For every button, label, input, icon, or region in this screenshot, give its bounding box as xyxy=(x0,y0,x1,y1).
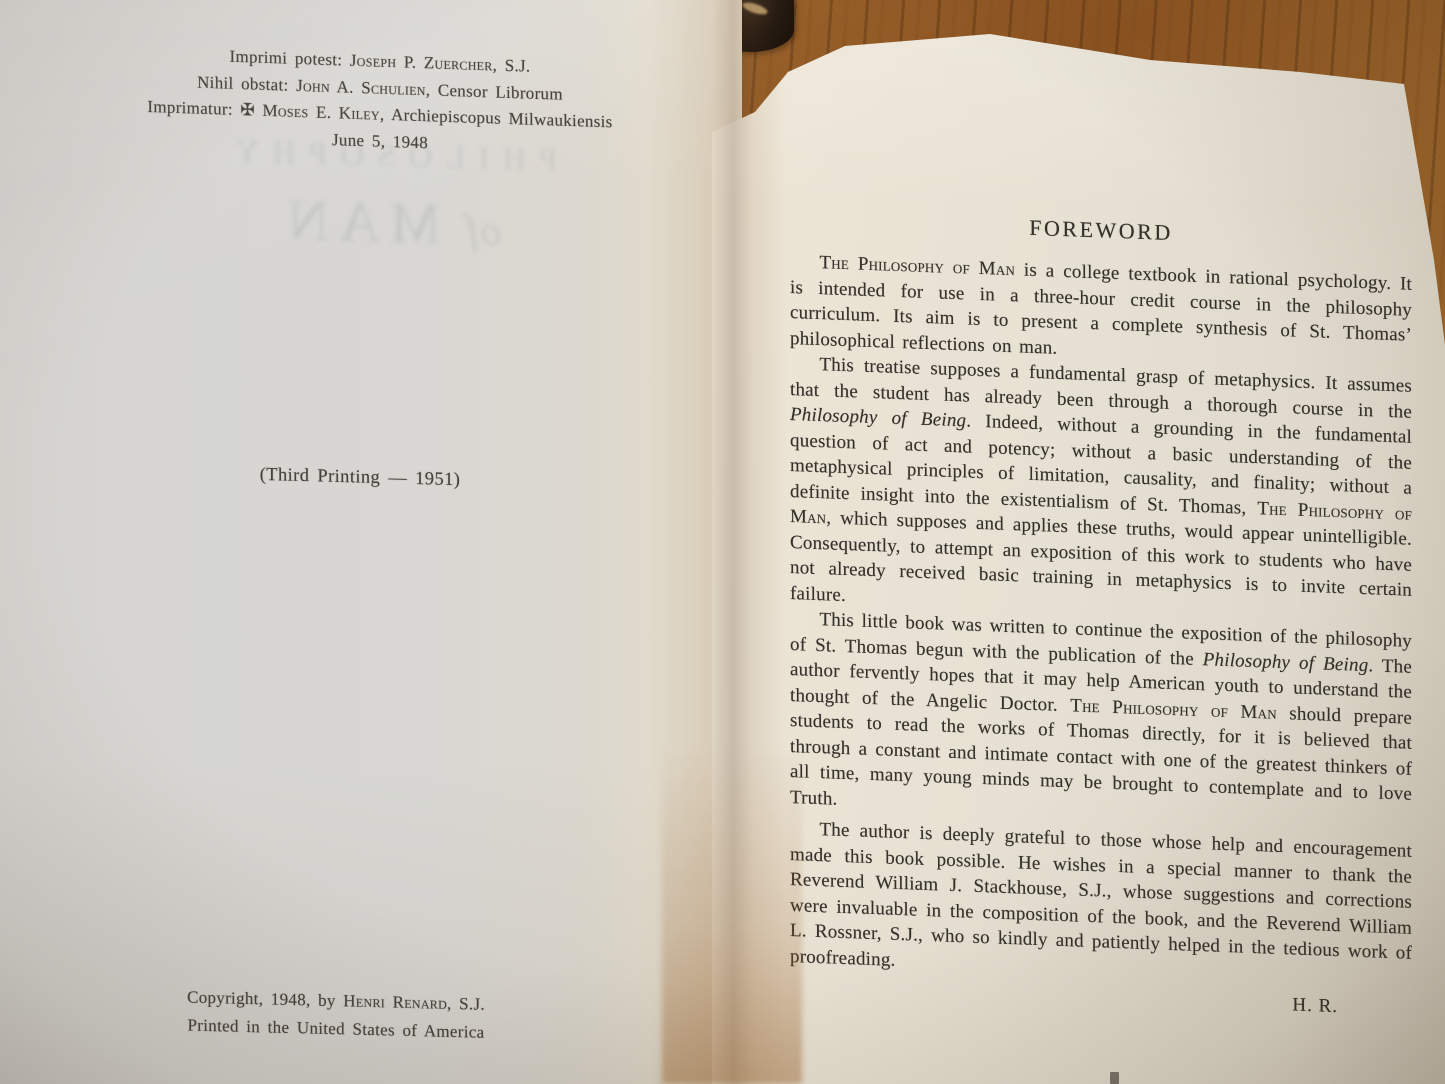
imprimatur-block: Imprimi potest: Joseph P. Zuercher, S.J.… xyxy=(118,40,642,163)
foreword-heading: FOREWORD xyxy=(790,206,1412,255)
copyright-block: Copyright, 1948, by Henri Renard, S.J.Pr… xyxy=(126,982,546,1047)
printing-notice: (Third Printing — 1951) xyxy=(150,462,570,494)
foreword-text-block: FOREWORD The Philosophy of Man is a coll… xyxy=(790,206,1412,1021)
right-page: FOREWORD The Philosophy of Man is a coll… xyxy=(712,0,1445,1084)
open-book-photo: PHILOSOPHY of MAN Imprimi potest: Joseph… xyxy=(0,0,1445,1084)
left-page: PHILOSOPHY of MAN Imprimi potest: Joseph… xyxy=(0,0,742,1084)
ghost-title-showthrough: PHILOSOPHY of MAN xyxy=(150,132,630,345)
foreword-paragraph-2: This treatise supposes a fundamental gra… xyxy=(790,351,1412,629)
ghost-title-line2: of MAN xyxy=(150,183,630,263)
ghost-title-man: MAN xyxy=(279,187,441,256)
ghost-title-of: of xyxy=(465,208,502,255)
cut-off-text-fragment xyxy=(1110,1072,1119,1084)
foreword-paragraph-4: The author is deeply grateful to those w… xyxy=(790,816,1412,992)
foreword-paragraph-3: This little book was written to continue… xyxy=(790,606,1412,833)
